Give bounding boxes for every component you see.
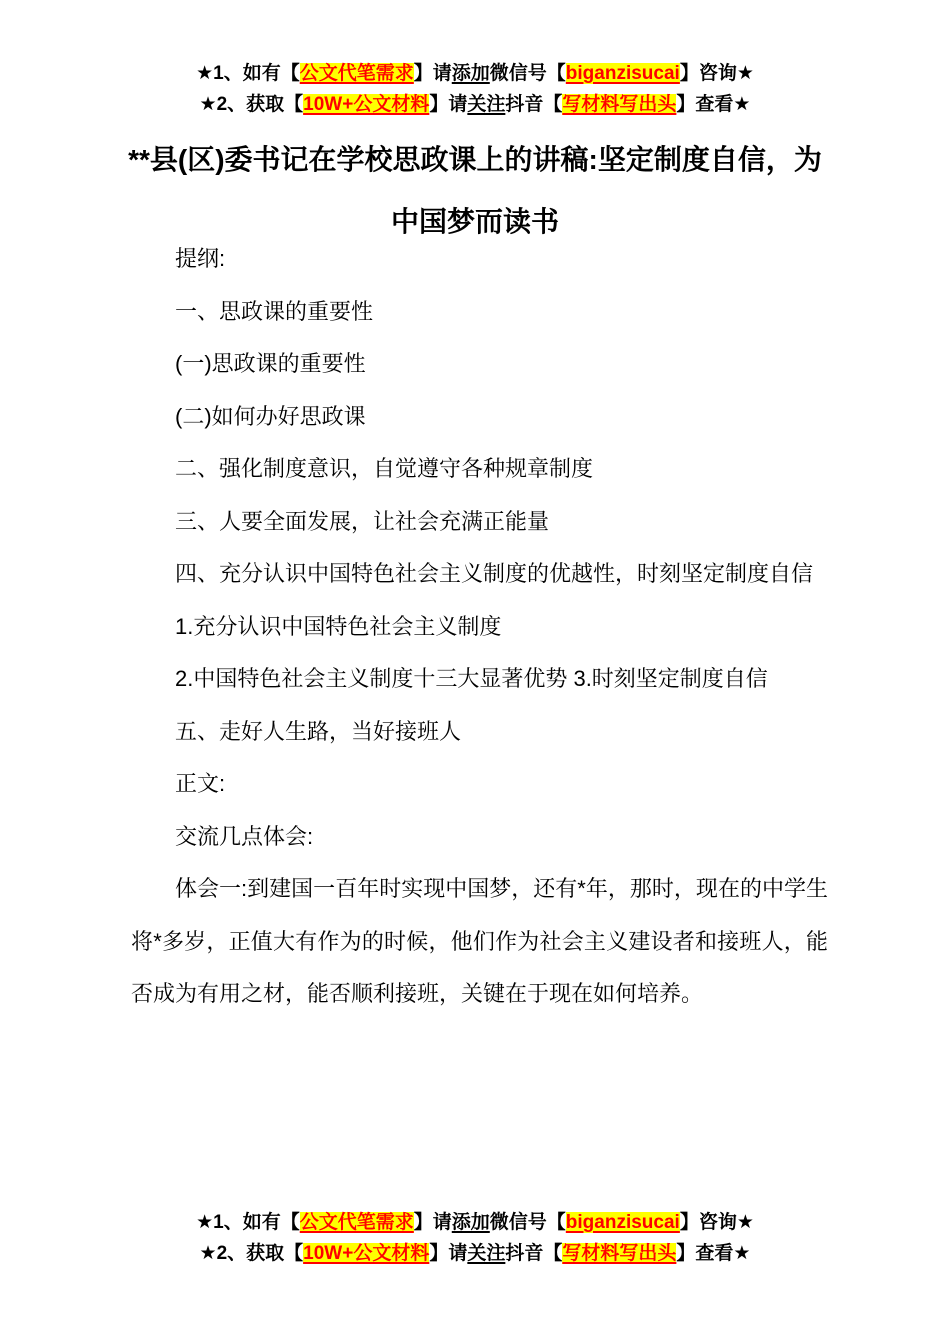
- footer-ad1-prefix: ★1、如有【: [196, 1212, 300, 1233]
- header-ad-line-2: ★2、获取【10W+公文材料】请关注抖音【写材料写出头】查看★: [0, 89, 950, 120]
- footer-ad-line-2: ★2、获取【10W+公文材料】请关注抖音【写材料写出头】查看★: [0, 1238, 950, 1269]
- footer-ad2-prefix: ★2、获取【: [200, 1243, 304, 1264]
- document-body: 提纲: 一、思政课的重要性 (一)思政课的重要性 (二)如何办好思政课 二、强化…: [131, 233, 828, 1021]
- footer-ad1-highlight-wechat-id: biganzisucai: [566, 1212, 680, 1233]
- footer-ad-line-1: ★1、如有【公文代笔需求】请添加微信号【biganzisucai】咨询★: [0, 1207, 950, 1238]
- paragraph-experience-1: 体会一:到建国一百年时实现中国梦，还有*年，那时，现在的中学生将*多岁，正值大有…: [131, 863, 828, 1021]
- footer-ad1-highlight-service: 公文代笔需求: [300, 1212, 414, 1233]
- header-ad1-suffix: 】咨询★: [680, 63, 754, 84]
- header-ad1-highlight-service: 公文代笔需求: [300, 63, 414, 84]
- header-ad1-prefix: ★1、如有【: [196, 63, 300, 84]
- document-page: ★1、如有【公文代笔需求】请添加微信号【biganzisucai】咨询★ ★2、…: [0, 0, 950, 1344]
- header-ad1-mid1: 】请: [414, 63, 452, 84]
- header-ad2-highlight-douyin-id: 写材料写出头: [562, 94, 676, 115]
- footer-ad2-highlight-materials: 10W+公文材料: [303, 1243, 429, 1264]
- footer-ad2-underline-follow: 关注: [467, 1243, 505, 1264]
- paragraph-point-2-3: 2.中国特色社会主义制度十三大显著优势 3.时刻坚定制度自信: [131, 653, 828, 706]
- paragraph-section-1-1: (一)思政课的重要性: [131, 338, 828, 391]
- footer-ad2-mid1: 】请: [429, 1243, 467, 1264]
- footer-ad1-mid2: 微信号【: [490, 1212, 566, 1233]
- footer-ad1-underline-add: 添加: [452, 1212, 490, 1233]
- header-ad2-highlight-materials: 10W+公文材料: [303, 94, 429, 115]
- paragraph-section-5: 五、走好人生路，当好接班人: [131, 706, 828, 759]
- footer-ad2-mid2: 抖音【: [505, 1243, 562, 1264]
- header-ad1-mid2: 微信号【: [490, 63, 566, 84]
- header-ad2-mid1: 】请: [429, 94, 467, 115]
- header-ad1-underline-add: 添加: [452, 63, 490, 84]
- paragraph-point-1: 1.充分认识中国特色社会主义制度: [131, 601, 828, 654]
- paragraph-maintext-label: 正文:: [131, 758, 828, 811]
- paragraph-section-2: 二、强化制度意识，自觉遵守各种规章制度: [131, 443, 828, 496]
- header-ad-line-1: ★1、如有【公文代笔需求】请添加微信号【biganzisucai】咨询★: [0, 58, 950, 89]
- header-ad2-prefix: ★2、获取【: [200, 94, 304, 115]
- paragraph-section-1-2: (二)如何办好思政课: [131, 391, 828, 444]
- header-ad2-underline-follow: 关注: [467, 94, 505, 115]
- paragraph-section-3: 三、人要全面发展，让社会充满正能量: [131, 496, 828, 549]
- paragraph-intro: 交流几点体会:: [131, 811, 828, 864]
- footer-ad2-highlight-douyin-id: 写材料写出头: [562, 1243, 676, 1264]
- footer-ad2-suffix: 】查看★: [676, 1243, 750, 1264]
- header-ad2-suffix: 】查看★: [676, 94, 750, 115]
- paragraph-section-1: 一、思政课的重要性: [131, 286, 828, 339]
- footer-ad1-suffix: 】咨询★: [680, 1212, 754, 1233]
- paragraph-section-4: 四、充分认识中国特色社会主义制度的优越性，时刻坚定制度自信: [131, 548, 828, 601]
- footer-ad1-mid1: 】请: [414, 1212, 452, 1233]
- ad-banner-footer: ★1、如有【公文代笔需求】请添加微信号【biganzisucai】咨询★ ★2、…: [0, 1207, 950, 1269]
- ad-banner-header: ★1、如有【公文代笔需求】请添加微信号【biganzisucai】咨询★ ★2、…: [0, 0, 950, 120]
- header-ad2-mid2: 抖音【: [505, 94, 562, 115]
- header-ad1-highlight-wechat-id: biganzisucai: [566, 63, 680, 84]
